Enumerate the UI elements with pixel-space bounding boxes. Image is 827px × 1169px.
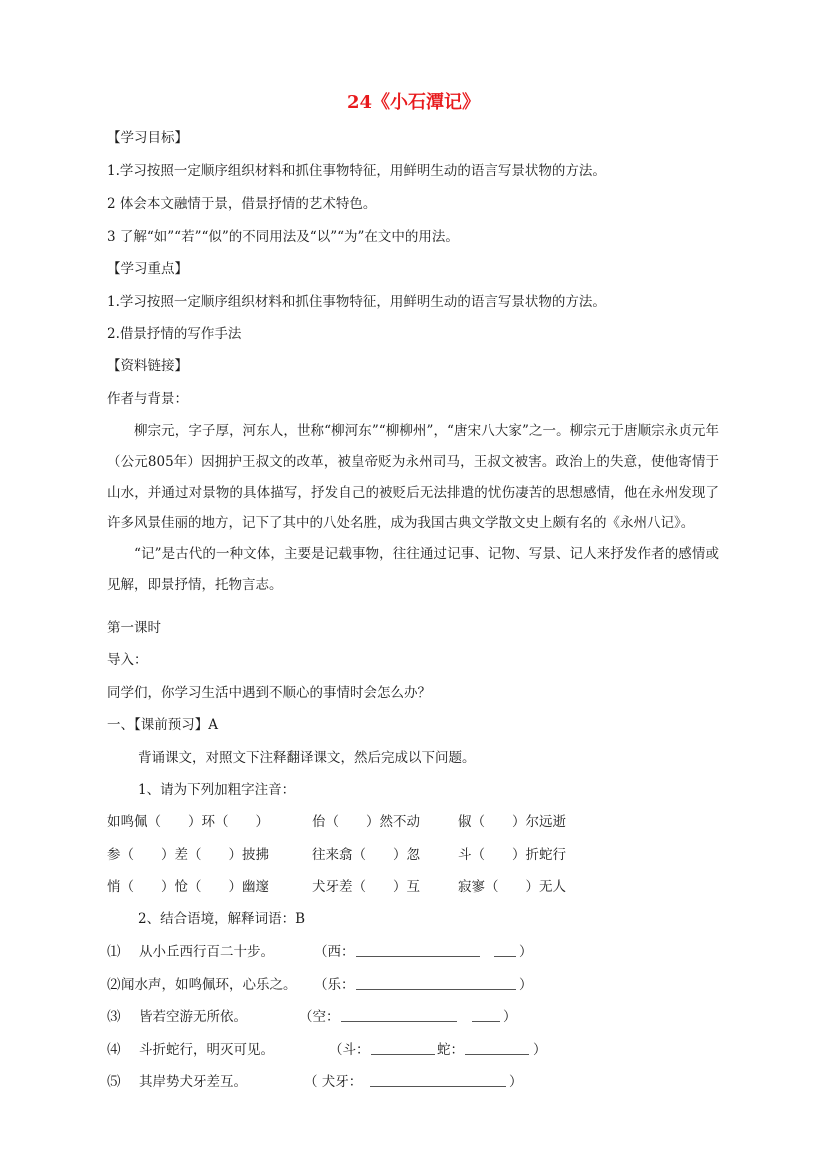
focus-header: 【学习重点】 [107, 260, 188, 278]
answer-blank[interactable] [356, 976, 516, 995]
pinyin-item: 俶（ ）尔远逝 [458, 813, 566, 831]
pinyin-item: 参（ ）差（ ）披拂 [107, 846, 269, 864]
pinyin-item: 犬牙差（ ）互 [312, 878, 420, 896]
question-1-label: 1、请为下列加粗字注音： [138, 781, 295, 799]
vocab-prompt: （西： [314, 943, 355, 961]
item-number: ⑵ [107, 976, 121, 994]
item-number: ⑸ [107, 1073, 121, 1091]
goal-item: 1.学习按照一定顺序组织材料和抓住事物特征，用鲜明生动的语言写景状物的方法。 [107, 162, 606, 180]
preview-header: 一、【课前预习】A [107, 716, 218, 734]
vocab-prompt: （乐： [314, 976, 355, 994]
pinyin-item: 斗（ ）折蛇行 [458, 846, 566, 864]
answer-blank[interactable] [465, 1041, 529, 1060]
goal-item: 3 了解“如”“若”“似”的不同用法及“以”“为”在文中的用法。 [107, 228, 459, 246]
focus-item: 1.学习按照一定顺序组织材料和抓住事物特征，用鲜明生动的语言写景状物的方法。 [107, 293, 606, 311]
document-page: 24《小石潭记》 【学习目标】 1.学习按照一定顺序组织材料和抓住事物特征，用鲜… [0, 0, 827, 1169]
vocab-prompt: （ 犬牙： [304, 1073, 362, 1091]
vocab-sentence: 皆若空游无所依。 [139, 1008, 247, 1026]
vocab-close: ） [503, 1008, 517, 1026]
vocab-sentence: 其岸势犬牙差互。 [139, 1073, 247, 1091]
question-2-label: 2、结合语境，解释词语：B [138, 910, 305, 928]
preview-instruction: 背诵课文，对照文下注释翻译课文，然后完成以下问题。 [138, 749, 476, 767]
vocab-prompt: （空： [299, 1008, 340, 1026]
answer-blank[interactable] [494, 943, 516, 962]
vocab-close: ） [519, 976, 533, 994]
answer-blank[interactable] [472, 1008, 500, 1027]
goal-item: 2 体会本文融情于景，借景抒情的艺术特色。 [107, 195, 376, 213]
vocab-mid-prompt: 蛇： [437, 1041, 464, 1059]
pinyin-item: 悄（ ）怆（ ）幽邃 [107, 878, 269, 896]
page-title: 24《小石潭记》 [0, 92, 827, 114]
vocab-close: ） [509, 1073, 523, 1091]
answer-blank[interactable] [341, 1008, 457, 1027]
vocab-sentence: 从小丘西行百二十步。 [139, 943, 274, 961]
vocab-sentence: 闻水声，如鸣佩环，心乐之。 [121, 976, 297, 994]
ji-paragraph: “记”是古代的一种文体，主要是记载事物，往往通过记事、记物、写景、记人来抒发作者… [107, 539, 719, 601]
resources-header: 【资料链接】 [107, 357, 188, 375]
lesson-label: 第一课时 [107, 619, 161, 637]
vocab-sentence: 斗折蛇行，明灭可见。 [139, 1041, 274, 1059]
pinyin-item: 往来翕（ ）忽 [312, 846, 420, 864]
intro-label: 导入： [107, 651, 148, 669]
intro-question: 同学们，你学习生活中遇到不顺心的事情时会怎么办？ [107, 684, 431, 702]
author-paragraph: 柳宗元，字子厚，河东人，世称“柳河东”“柳柳州”，“唐宋八大家”之一。柳宗元于唐… [107, 416, 719, 539]
answer-blank[interactable] [370, 1073, 506, 1092]
vocab-close: ） [533, 1041, 547, 1059]
item-number: ⑶ [107, 1008, 121, 1026]
answer-blank[interactable] [371, 1041, 435, 1060]
pinyin-item: 寂寥（ ）无人 [458, 878, 566, 896]
pinyin-item: 如鸣佩（ ）环（ ） [107, 813, 269, 831]
pinyin-item: 佁（ ）然不动 [312, 813, 420, 831]
vocab-close: ） [519, 943, 533, 961]
vocab-prompt: （斗： [329, 1041, 370, 1059]
item-number: ⑴ [107, 943, 121, 961]
focus-item: 2.借景抒情的写作手法 [107, 325, 241, 343]
author-background-label: 作者与背景： [107, 390, 188, 408]
goals-header: 【学习目标】 [107, 129, 188, 147]
answer-blank[interactable] [356, 943, 480, 962]
item-number: ⑷ [107, 1041, 121, 1059]
